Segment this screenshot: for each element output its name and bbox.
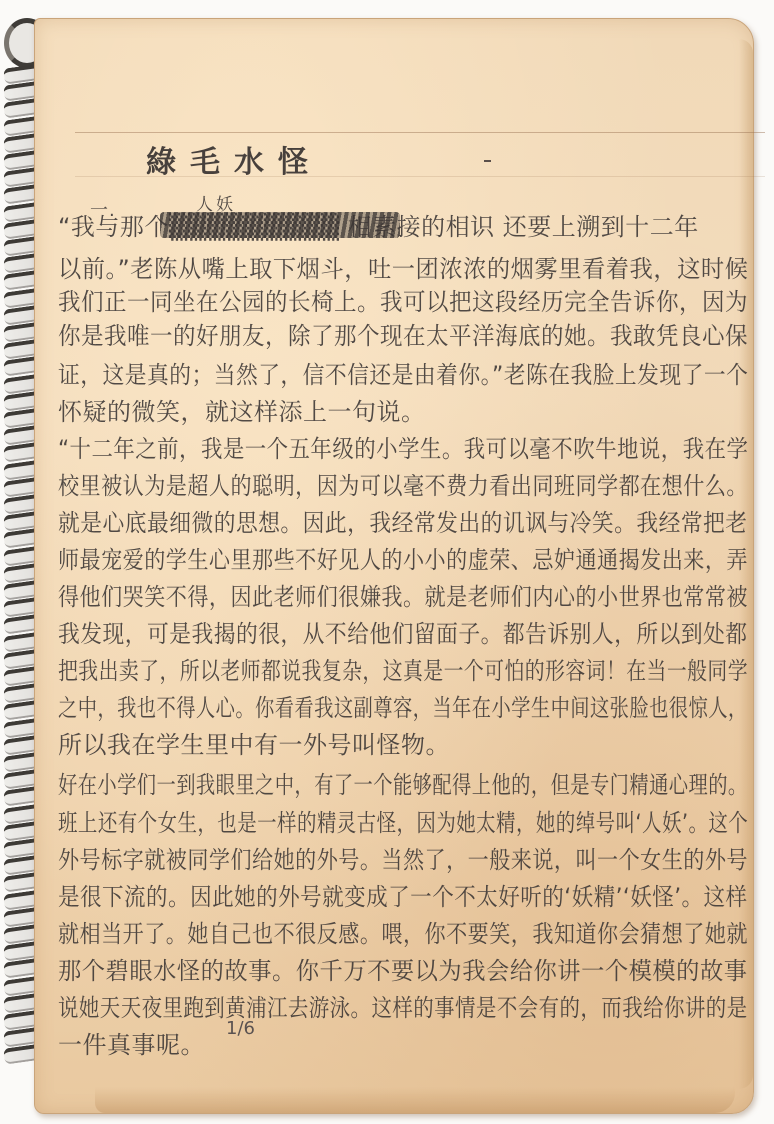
text-line: 那个碧眼水怪的故事。你千万不要以为我会给你讲一个模模的故事: [58, 956, 728, 986]
text-line: 之中，我也不得人心。你看看我这副尊容，当年在小学生中间这张脸也很惊人，: [58, 693, 613, 723]
text-line: 好在小学们一到我眼里之中，有了一个能够配得上他的，但是专门精通心理的。: [58, 770, 613, 800]
text-line: 你是我唯一的好朋友，除了那个现在太平洋海底的她。我敢凭良心保: [58, 321, 706, 351]
margin-annotation: 1/6: [226, 1018, 255, 1039]
notebook: 綠毛水怪 一. 人妖 “我与那个▒▒▒▒▒▒▒▒▒ 相素接的相识 还要上溯到十二…: [0, 0, 774, 1124]
text-line: 校里被认为是超人的聪明，因为可以毫不费力看出同班同学都在想什么。: [58, 471, 665, 501]
text-line: 所以我在学生里中有一外号叫怪物。: [58, 730, 748, 760]
text-line: 怀疑的微笑，就这样添上一句说。: [58, 397, 748, 427]
text-line: 说她天天夜里跑到黄浦江去游泳。这样的事情是不会有的，而我给你讲的是: [58, 993, 647, 1023]
text-line: 外号标字就被同学们给她的外号。当然了，一般来说，叫一个女生的外号: [58, 845, 665, 875]
text-line: 师最宠爱的学生心里那些不好见人的小小的虚荣、忌妒通通揭发出来，弄: [58, 545, 665, 575]
text-line: 我发现，可是我揭的很，从不给他们留面子。都告诉别人，所以到处都: [58, 619, 684, 649]
text-line: 一件真事呢。: [58, 1030, 748, 1060]
text-line: 是很下流的。因此她的外号就变成了一个不太好听的‘妖精’‘妖怪’。这样: [58, 882, 678, 912]
text-line: 就相当开了。她自己也不很反感。喂，你不要笑，我知道你会猜想了她就: [58, 919, 665, 949]
text-line: 我们正一同坐在公园的长椅上。我可以把这段经历完全告诉你，因为: [58, 287, 706, 317]
manuscript-title: 綠毛水怪: [146, 137, 322, 181]
text-line: 就是心底最细微的思想。因此，我经常发出的讥讽与冷笑。我经常把老: [58, 508, 684, 538]
text-line: 班上还有个女生，也是一样的精灵古怪，因为她太精，她的绰号叫‘人妖’。这个: [58, 808, 619, 838]
text-line: “十二年之前，我是一个五年级的小学生。我可以毫不吹牛地说，我在学: [58, 434, 675, 464]
text-line: 得他们哭笑不得，因此老师们很嫌我。就是老师们内心的小世界也常常被: [58, 582, 665, 612]
page-rule-line: [75, 132, 765, 133]
title-mark: [484, 160, 491, 162]
text-line: 以前。”老陈从嘴上取下烟斗，吐一团浓浓的烟雾里看着我，这时候: [58, 254, 728, 284]
text-line: 证，这是真的；当然了，信不信还是由着你。”老陈在我脸上发现了一个: [58, 360, 684, 390]
page-edge-bottom: [95, 1087, 735, 1113]
text-line: “我与那个▒▒▒▒▒▒▒▒▒ 相素接的相识 还要上溯到十二年: [58, 212, 748, 242]
text-line: 把我出卖了，所以老师都说我复杂，这真是一个可怕的形容词！在当一般同学: [58, 656, 630, 686]
